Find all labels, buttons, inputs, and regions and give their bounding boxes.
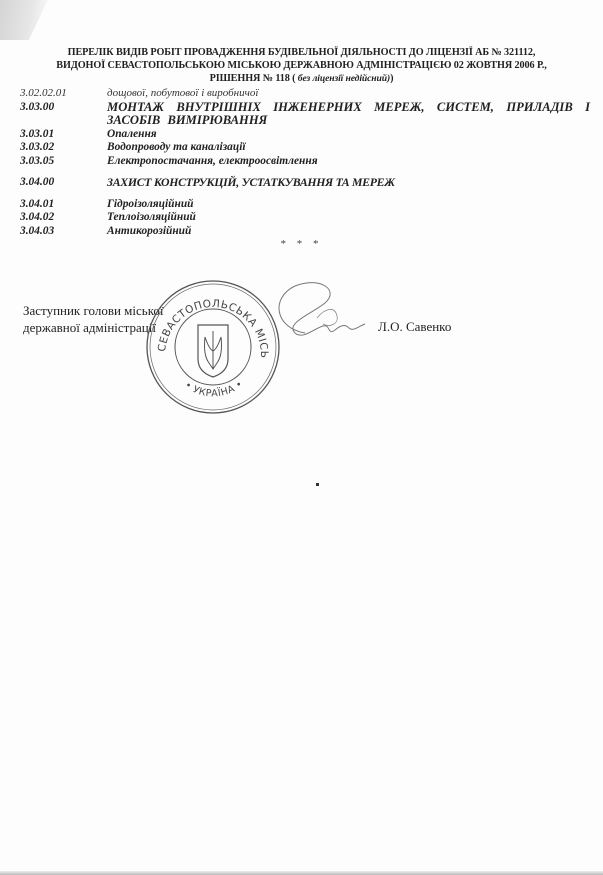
item-code: 3.04.02 [20,211,107,225]
document-header: ПЕРЕЛІК ВИДІВ РОБІТ ПРОВАДЖЕННЯ БУДІВЕЛЬ… [0,46,603,85]
item-text: ЗАХИСТ КОНСТРУКЦІЙ, УСТАТКУВАННЯ ТА МЕРЕ… [107,176,590,190]
item-text: Теплоізоляційний [107,211,590,225]
item-code: 3.03.02 [20,141,107,155]
handwritten-signature-icon [265,278,375,348]
item-text: Електропостачання, електроосвітлення [107,155,590,169]
item-text: Опалення [107,128,590,142]
list-section: 3.03.00 МОНТАЖ ВНУТРІШНІХ ІНЖЕНЕРНИХ МЕР… [20,101,590,128]
item-text: Водопроводу та каналізації [107,141,590,155]
item-code: 3.04.00 [20,176,107,190]
list-item: 3.04.03 Антикорозійний [20,225,590,239]
item-code: 3.04.01 [20,198,107,212]
item-code: 3.03.00 [20,101,107,128]
item-text: Антикорозійний [107,225,590,239]
svg-text:• УКРАЇНА •: • УКРАЇНА • [182,379,245,400]
list-item: 3.04.01 Гідроізоляційний [20,198,590,212]
scan-bottom-edge [0,871,603,875]
list-section: 3.04.00 ЗАХИСТ КОНСТРУКЦІЙ, УСТАТКУВАННЯ… [20,176,590,190]
item-code: 3.02.02.01 [20,87,107,101]
scan-shadow-edge [0,0,48,40]
list-item: 3.03.05 Електропостачання, електроосвітл… [20,155,590,169]
official-seal-icon: СЕВАСТОПОЛЬСЬКА МІСЬКА ДЕРЖАВНА АДМІНІСТ… [143,277,283,417]
list-item: 3.04.02 Теплоізоляційний [20,211,590,225]
list-item: 3.02.02.01 дощової, побутової і виробнич… [20,87,590,101]
item-code: 3.03.05 [20,155,107,169]
item-text: Гідроізоляційний [107,198,590,212]
list-item: 3.03.02 Водопроводу та каналізації [20,141,590,155]
scan-artifact [316,483,319,486]
header-line-1: ПЕРЕЛІК ВИДІВ РОБІТ ПРОВАДЖЕННЯ БУДІВЕЛЬ… [0,46,603,59]
header-line-2: ВИДОНОЇ СЕВАСТОПОЛЬСЬКОЮ МІСЬКОЮ ДЕРЖАВН… [0,59,603,72]
list-item: 3.03.01 Опалення [20,128,590,142]
header-line-3: РІШЕННЯ № 118 ( без ліцензії недійсний)) [0,72,603,85]
header-note: без ліцензії недійсний) [295,73,390,84]
separator-stars: * * * [0,238,603,250]
item-code: 3.03.01 [20,128,107,142]
signatory-name: Л.О. Савенко [378,319,451,335]
work-types-list: 3.02.02.01 дощової, побутової і виробнич… [20,87,590,238]
item-text: МОНТАЖ ВНУТРІШНІХ ІНЖЕНЕРНИХ МЕРЕЖ, СИСТ… [107,101,590,128]
item-text: дощової, побутової і виробничої [107,87,590,101]
spacer [20,190,590,198]
item-code: 3.04.03 [20,225,107,239]
